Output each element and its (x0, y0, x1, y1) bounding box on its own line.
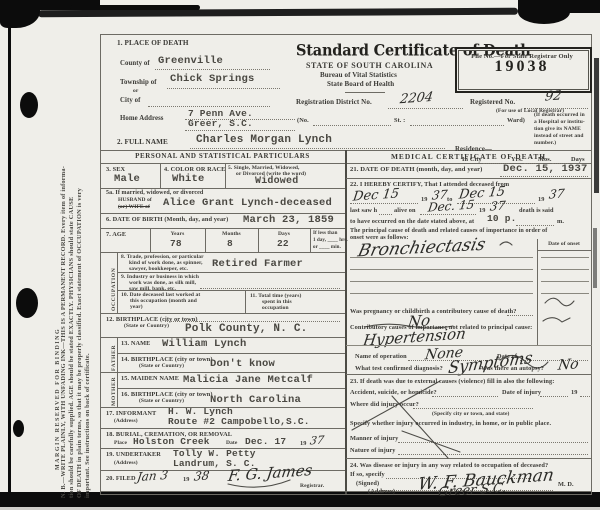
saw-label-c: death is said (519, 207, 554, 214)
marital-value: Widowed (255, 177, 298, 187)
onset-header: Date of onset (538, 241, 590, 248)
rule (100, 313, 345, 314)
blank-line (200, 287, 340, 289)
rule (537, 239, 538, 345)
nineteen-1: 19 (421, 196, 428, 203)
township-label: Township of (120, 79, 157, 86)
spouse-label-1: 5a. If married, widowed, or divorced (106, 190, 203, 197)
external-cause-label: 23. If death was due to external causes … (350, 378, 554, 385)
city-label: City of (120, 97, 141, 104)
rule (541, 257, 589, 258)
blank-line (379, 213, 392, 215)
hospital-note-line: tion give its NAME (534, 126, 585, 133)
full-name-label: 2. FULL NAME (117, 139, 168, 146)
injury-date-label: Date of injury (502, 389, 541, 396)
blank-line (398, 453, 588, 455)
certify-to-year: 37 (548, 187, 565, 200)
blank-line (410, 124, 504, 126)
rule (160, 163, 161, 188)
rule (117, 272, 345, 273)
rule (346, 345, 592, 346)
where-injury-label: Where did injury occur? (350, 401, 419, 408)
rule (100, 228, 345, 229)
spouse-value: Alice Grant Lynch-deceased (163, 198, 332, 208)
hospital-note-line: instead of street and (534, 133, 585, 140)
nb-line: important. See instructions on back of c… (84, 30, 92, 498)
board-line: State Board of Health (327, 81, 394, 88)
rule (100, 252, 345, 253)
scan-mark (593, 228, 597, 288)
medical-band: MEDICAL CERTIFICATE OF DEATH (345, 153, 592, 160)
birthplace-label-2: (State or Country) (124, 323, 169, 330)
rule (117, 290, 345, 291)
test-label: What test confirmed diagnosis? (355, 365, 443, 372)
scan-mark (8, 18, 11, 504)
injury-year-label: 19 (571, 389, 578, 396)
blank-line (516, 224, 554, 226)
father-bp-value: Don't know (210, 359, 275, 369)
nb-line: OF DEATH in plain terms, so that it may … (76, 30, 84, 498)
street-ward-label: Ward) (507, 117, 525, 124)
mother-bp-label-2: (State or Country) (139, 398, 184, 405)
place-of-death-heading: 1. PLACE OF DEATH (117, 40, 189, 47)
death-hour: 10 p. (487, 214, 517, 224)
father-bp-label-1: 14. BIRTHPLACE (city or town) (121, 356, 213, 363)
age-days-label: Days (258, 231, 310, 238)
scan-mark (70, 5, 200, 10)
personal-band: PERSONAL AND STATISTICAL PARTICULARS (100, 153, 345, 160)
or-label: or (133, 88, 138, 95)
blank-line (165, 320, 340, 322)
occurred-label: to have occurred on the date stated abov… (350, 218, 474, 225)
birthplace-value: Polk County, N. C. (185, 324, 307, 334)
age-label: 7. AGE (106, 231, 126, 238)
rule (100, 494, 592, 495)
saw-label-b: alive on (394, 207, 416, 214)
mother-side-label: MOTHER (102, 374, 116, 406)
full-name-value: Charles Morgan Lynch (196, 135, 332, 145)
m-label: m. (557, 218, 564, 225)
spouse-label-3: (or) WIFE of (118, 204, 150, 211)
accident-label: Accident, suicide, or homicide? (350, 389, 437, 396)
home-address-label: Home Address (120, 115, 164, 122)
blank-line (185, 129, 295, 131)
scan-mark (562, 0, 600, 13)
signed-label: (Signed) (356, 480, 379, 487)
rule (100, 428, 345, 429)
saw-date: Dec. 15 (427, 198, 475, 213)
age-years-value: 78 (170, 239, 182, 249)
occ8-value: Retired Farmer (212, 259, 303, 269)
rule (350, 269, 533, 270)
color-label: 4. COLOR OR RACE (164, 166, 225, 173)
rule (345, 92, 385, 93)
margin-nb-note: N. B.—WRITE PLAINLY, WITH UNFADING INK—T… (60, 30, 94, 498)
nb-line: tion should be carefully supplied. AGE s… (68, 30, 76, 498)
blank-line (398, 441, 588, 443)
blank-line (313, 124, 391, 126)
dod-label: 21. DATE OF DEATH (month, day, and year) (350, 166, 482, 173)
mother-bp-value: North Carolina (210, 395, 301, 405)
operation-label: Name of operation (355, 353, 407, 360)
township-value: Chick Springs (170, 74, 255, 84)
burial-year-prefix: 19 (300, 440, 307, 447)
street-no-label: (No. (297, 117, 309, 124)
burial-place-value: Holston Creek (133, 437, 210, 447)
rule (541, 269, 589, 270)
registrar-label: Registrar. (300, 483, 324, 490)
father-side-label: FATHER (102, 339, 116, 371)
occ10-label-3: year) (130, 304, 143, 311)
blank-line (167, 87, 280, 89)
blank-line (190, 147, 445, 149)
autopsy-label: Was there an autopsy? (481, 365, 544, 372)
blank-line (413, 407, 533, 409)
rule (100, 188, 345, 189)
state-line: STATE OF SOUTH CAROLINA (306, 62, 433, 69)
dob-label: 6. DATE OF BIRTH (Month, day, and year) (106, 216, 228, 223)
rule (117, 353, 345, 354)
blank-line (432, 395, 498, 397)
blank-line (580, 395, 590, 397)
age-years-label: Years (150, 231, 205, 238)
registered-no-label: Registered No. (470, 99, 515, 106)
rule (591, 34, 592, 494)
specify-where-label: Specify whether injury occurred in indus… (350, 420, 551, 427)
rule (100, 34, 592, 35)
home-address-2: Greer, S.C. (188, 119, 253, 129)
rule (346, 374, 592, 375)
informant-addr-value: Route #2 Campobello,S.C. (168, 417, 310, 427)
registered-no-value: 92 (544, 89, 562, 103)
burial-date-value: Dec. 17 (245, 437, 286, 447)
burial-place-label: Place (114, 440, 127, 447)
mother-side-text: MOTHER (111, 377, 117, 406)
occ11-label-3: occupation (262, 305, 289, 312)
mother-name-value: Malicia Jane Metcalf (183, 375, 313, 385)
color-value: White (172, 174, 205, 184)
blank-line (350, 202, 418, 204)
father-side-text: FATHER (111, 345, 117, 371)
age-months-value: 8 (227, 239, 233, 249)
filed-year-prefix: 19 (183, 476, 190, 483)
hospital-note: (If death occurred in a Hospital or inst… (534, 112, 585, 147)
informant-label: 17. INFORMANT (106, 410, 156, 417)
file-number: 19038 (458, 63, 586, 70)
street-st-label: St. : (394, 117, 405, 124)
filed-date-value: Jan 3 (136, 469, 169, 483)
md-label: M. D. (558, 481, 574, 488)
rule (225, 163, 226, 188)
burial-year-value: 37 (309, 434, 325, 446)
autopsy-value: No (557, 357, 580, 373)
sex-value: Male (114, 174, 140, 184)
registrar-signature: F. G. James (227, 463, 313, 484)
address-label: (Address) (368, 488, 395, 495)
mother-name-label: 15. MAIDEN NAME (121, 375, 179, 382)
rule (345, 150, 347, 494)
rule (100, 491, 592, 492)
saw-year: 37 (489, 199, 506, 212)
nb-line: N. B.—WRITE PLAINLY, WITH UNFADING INK—T… (60, 30, 68, 498)
father-bp-label-2: (State or Country) (139, 363, 184, 370)
blank-line (148, 105, 270, 107)
father-name-label: 13. NAME (121, 340, 150, 347)
father-name-value: William Lynch (162, 339, 247, 349)
rule (346, 458, 592, 459)
rule (350, 257, 533, 258)
if-so-label: If so, specify (350, 471, 385, 478)
rule (100, 372, 345, 373)
rule (310, 228, 311, 252)
death-certificate-scan: MARGIN RESERVED FOR BINDING N. B.—WRITE … (0, 0, 600, 510)
nineteen-3: 19 (479, 207, 486, 214)
age-days-value: 22 (277, 239, 289, 249)
filed-label: 20. FILED (106, 475, 136, 482)
principal-cause-label-1: The principal cause of death and related… (350, 228, 547, 235)
age-less-2: 1 day, ____ hrs. (313, 237, 348, 244)
margin-binding-note: MARGIN RESERVED FOR BINDING (46, 170, 56, 470)
blank-line (420, 213, 476, 215)
spouse-label-2: HUSBAND of (118, 197, 152, 204)
hole-punch (16, 288, 38, 318)
dod-value: Dec. 15, 1937 (503, 164, 588, 174)
rule (346, 178, 592, 179)
rule (537, 250, 592, 251)
blank-line (155, 68, 270, 70)
county-label: County of (120, 60, 150, 67)
blank-line (540, 395, 568, 397)
age-less-1: If less than (313, 230, 338, 237)
occupation-side-label: OCCUPATION (102, 253, 116, 311)
reg-district-value: 2204 (399, 91, 434, 106)
scan-mark (594, 58, 599, 193)
blank-line (507, 314, 533, 316)
reg-district-label: Registration District No. (296, 99, 372, 106)
hospital-note-line: (If death occurred in (534, 112, 585, 119)
undertaker-addr-label: (Address) (114, 460, 138, 467)
nineteen-2: 19 (538, 196, 545, 203)
rule (541, 293, 589, 294)
undertaker-label: 19. UNDERTAKER (106, 451, 161, 458)
rule (350, 281, 533, 282)
rule (100, 34, 101, 494)
hospital-note-line: number.) (534, 140, 585, 147)
rule (117, 388, 345, 389)
nature-label: Nature of injury (350, 447, 396, 454)
rule (117, 252, 118, 313)
filed-year-value: 38 (193, 469, 210, 482)
age-months-label: Months (205, 231, 258, 238)
saw-label-a: last saw h (350, 207, 377, 214)
hospital-note-line: a Hospital or institu- (534, 119, 585, 126)
rule (350, 293, 533, 294)
hole-punch (13, 420, 24, 437)
county-value: Greenville (158, 56, 223, 66)
sex-label: 3. SEX (106, 166, 125, 173)
blank-line (185, 118, 295, 120)
bureau-line: Bureau of Vital Statistics (320, 72, 397, 79)
mother-bp-label-1: 16. BIRTHPLACE (city or town) (121, 391, 213, 398)
blank-line (500, 175, 588, 177)
pregnancy-label: Was pregnancy or childbirth a contributo… (350, 308, 517, 315)
specify-city-label: (Specify city or town, and state) (432, 411, 509, 418)
dob-value: March 23, 1859 (243, 215, 334, 225)
blank-line (388, 107, 463, 109)
rule (245, 290, 246, 313)
rule (541, 281, 589, 282)
hole-punch (20, 92, 38, 118)
burial-date-label: Date (226, 440, 237, 447)
manner-label: Manner of injury (350, 435, 398, 442)
informant-addr-label: (Address) (114, 418, 138, 425)
age-less-3: or ____ min. (313, 244, 341, 251)
